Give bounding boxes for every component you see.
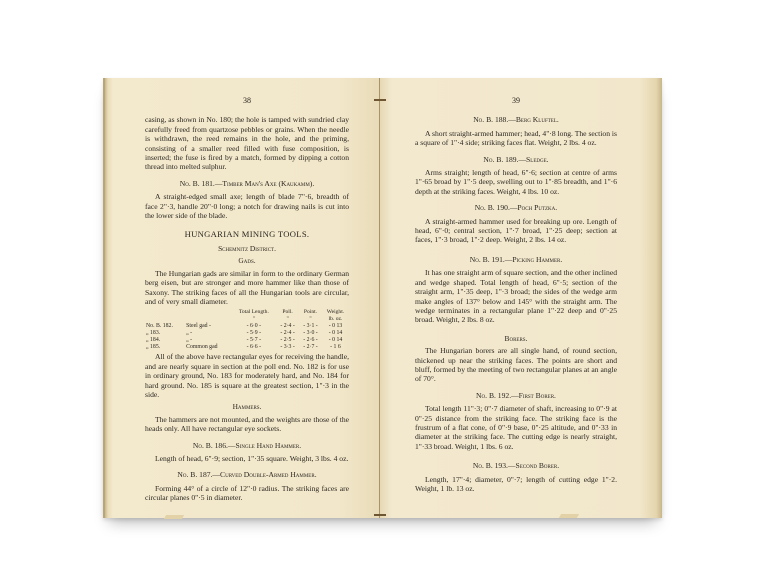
table-cell: - 5·7 - — [232, 337, 277, 344]
table-header: Point. — [299, 309, 322, 316]
table-cell: - 0 14 — [322, 337, 349, 344]
page-number: 39 — [415, 96, 617, 105]
table-cell: - 3·3 - — [276, 344, 299, 351]
table-cell: „ 183. — [145, 330, 185, 337]
table-cell: - 0 13 — [322, 323, 349, 330]
paragraph: Arms straight; length of head, 6"·6; sec… — [415, 168, 617, 196]
paragraph: Forming 44° of a circle of 12"·0 radius.… — [145, 484, 349, 503]
right-page-content: 39 No. B. 188.—Berg Kluftel. A short str… — [415, 96, 617, 493]
table-cell: „ - — [185, 337, 231, 344]
item-heading: No. B. 193.—Second Borer. — [415, 461, 617, 470]
open-book: 38 casing, as shown in No. 180; the hole… — [103, 78, 662, 518]
table-header: Weight. — [322, 309, 349, 316]
table-cell: - 2·4 - — [276, 330, 299, 337]
paragraph: Length, 17"·4; diameter, 0"·7; length of… — [415, 475, 617, 494]
section-title: HUNGARIAN MINING TOOLS. — [145, 230, 349, 239]
table-cell: - 6·6 - — [232, 344, 277, 351]
table-cell: „ 184. — [145, 337, 185, 344]
table-unit: " — [299, 316, 322, 323]
page-tear — [559, 514, 579, 518]
left-page-content: 38 casing, as shown in No. 180; the hole… — [145, 96, 349, 503]
page-number: 38 — [145, 96, 349, 105]
paragraph: A straight-edged small axe; length of bl… — [145, 192, 349, 220]
page-tear — [164, 515, 184, 519]
right-page: 39 No. B. 188.—Berg Kluftel. A short str… — [380, 78, 662, 518]
table-cell: Steel gad - — [185, 323, 231, 330]
book-spine — [379, 78, 380, 518]
item-heading: No. B. 191.—Picking Hammer. — [415, 255, 617, 264]
paragraph: It has one straight arm of square sectio… — [415, 268, 617, 324]
item-heading: No. B. 181.—Timber Man's Axe (Kaukamm). — [145, 179, 349, 188]
item-heading: No. B. 187.—Curved Double-Armed Hammer. — [145, 470, 349, 479]
table-unit — [185, 316, 231, 323]
paragraph: A straight-armed hammer used for breakin… — [415, 217, 617, 245]
paragraph: A short straight-armed hammer; head, 4"·… — [415, 129, 617, 148]
paragraph: casing, as shown in No. 180; the hole is… — [145, 115, 349, 171]
table-cell: - 3·0 - — [299, 330, 322, 337]
table-unit: lb. oz. — [322, 316, 349, 323]
hammers-heading: Hammers. — [145, 402, 349, 411]
borers-heading: Borers. — [415, 334, 617, 343]
binding-stitch — [374, 514, 386, 516]
table-cell: - 5·9 - — [232, 330, 277, 337]
table-unit: " — [232, 316, 277, 323]
binding-stitch — [374, 99, 386, 101]
table-cell: - 2·6 - — [299, 337, 322, 344]
paragraph: The hammers are not mounted, and the wei… — [145, 415, 349, 434]
table-cell: „ - — [185, 330, 231, 337]
table-cell: - 6·0 - — [232, 323, 277, 330]
table-cell: - 2·7 - — [299, 344, 322, 351]
table-row: „ 183.„ -- 5·9 -- 2·4 -- 3·0 -- 0 14 — [145, 330, 349, 337]
left-page: 38 casing, as shown in No. 180; the hole… — [103, 78, 380, 518]
table-unit: " — [276, 316, 299, 323]
gads-heading: Gads. — [145, 256, 349, 265]
table-header: Poll. — [276, 309, 299, 316]
table-unit — [145, 316, 185, 323]
gads-table: Total Length. Poll. Point. Weight. " " "… — [145, 309, 349, 351]
table-row: „ 185.Common gad- 6·6 -- 3·3 -- 2·7 -- 1… — [145, 344, 349, 351]
item-heading: No. B. 189.—Sledge. — [415, 155, 617, 164]
paragraph: All of the above have rectangular eyes f… — [145, 352, 349, 399]
table-row: „ 184.„ -- 5·7 -- 2·5 -- 2·6 -- 0 14 — [145, 337, 349, 344]
table-header-row: Total Length. Poll. Point. Weight. — [145, 309, 349, 316]
table-cell: - 0 14 — [322, 330, 349, 337]
item-heading: No. B. 188.—Berg Kluftel. — [415, 115, 617, 124]
paragraph: The Hungarian gads are similar in form t… — [145, 269, 349, 307]
paragraph: Length of head, 6"·9; section, 1"·35 squ… — [145, 454, 349, 463]
table-cell: No. B. 182. — [145, 323, 185, 330]
table-cell: - 2·5 - — [276, 337, 299, 344]
district-subtitle: Schemnitz District. — [145, 244, 349, 253]
table-cell: - 3·1 - — [299, 323, 322, 330]
item-heading: No. B. 192.—First Borer. — [415, 391, 617, 400]
table-header — [185, 309, 231, 316]
table-cell: - 2·4 - — [276, 323, 299, 330]
table-units-row: " " " lb. oz. — [145, 316, 349, 323]
table-cell: Common gad — [185, 344, 231, 351]
table-header: Total Length. — [232, 309, 277, 316]
paragraph: Total length 11"·3; 0"·7 diameter of sha… — [415, 404, 617, 451]
item-heading: No. B. 190.—Poch Putzka. — [415, 203, 617, 212]
table-row: No. B. 182.Steel gad -- 6·0 -- 2·4 -- 3·… — [145, 323, 349, 330]
table-header — [145, 309, 185, 316]
table-cell: - 1 6 — [322, 344, 349, 351]
paragraph: The Hungarian borers are all single hand… — [415, 346, 617, 384]
table-cell: „ 185. — [145, 344, 185, 351]
item-heading: No. B. 186.—Single Hand Hammer. — [145, 441, 349, 450]
